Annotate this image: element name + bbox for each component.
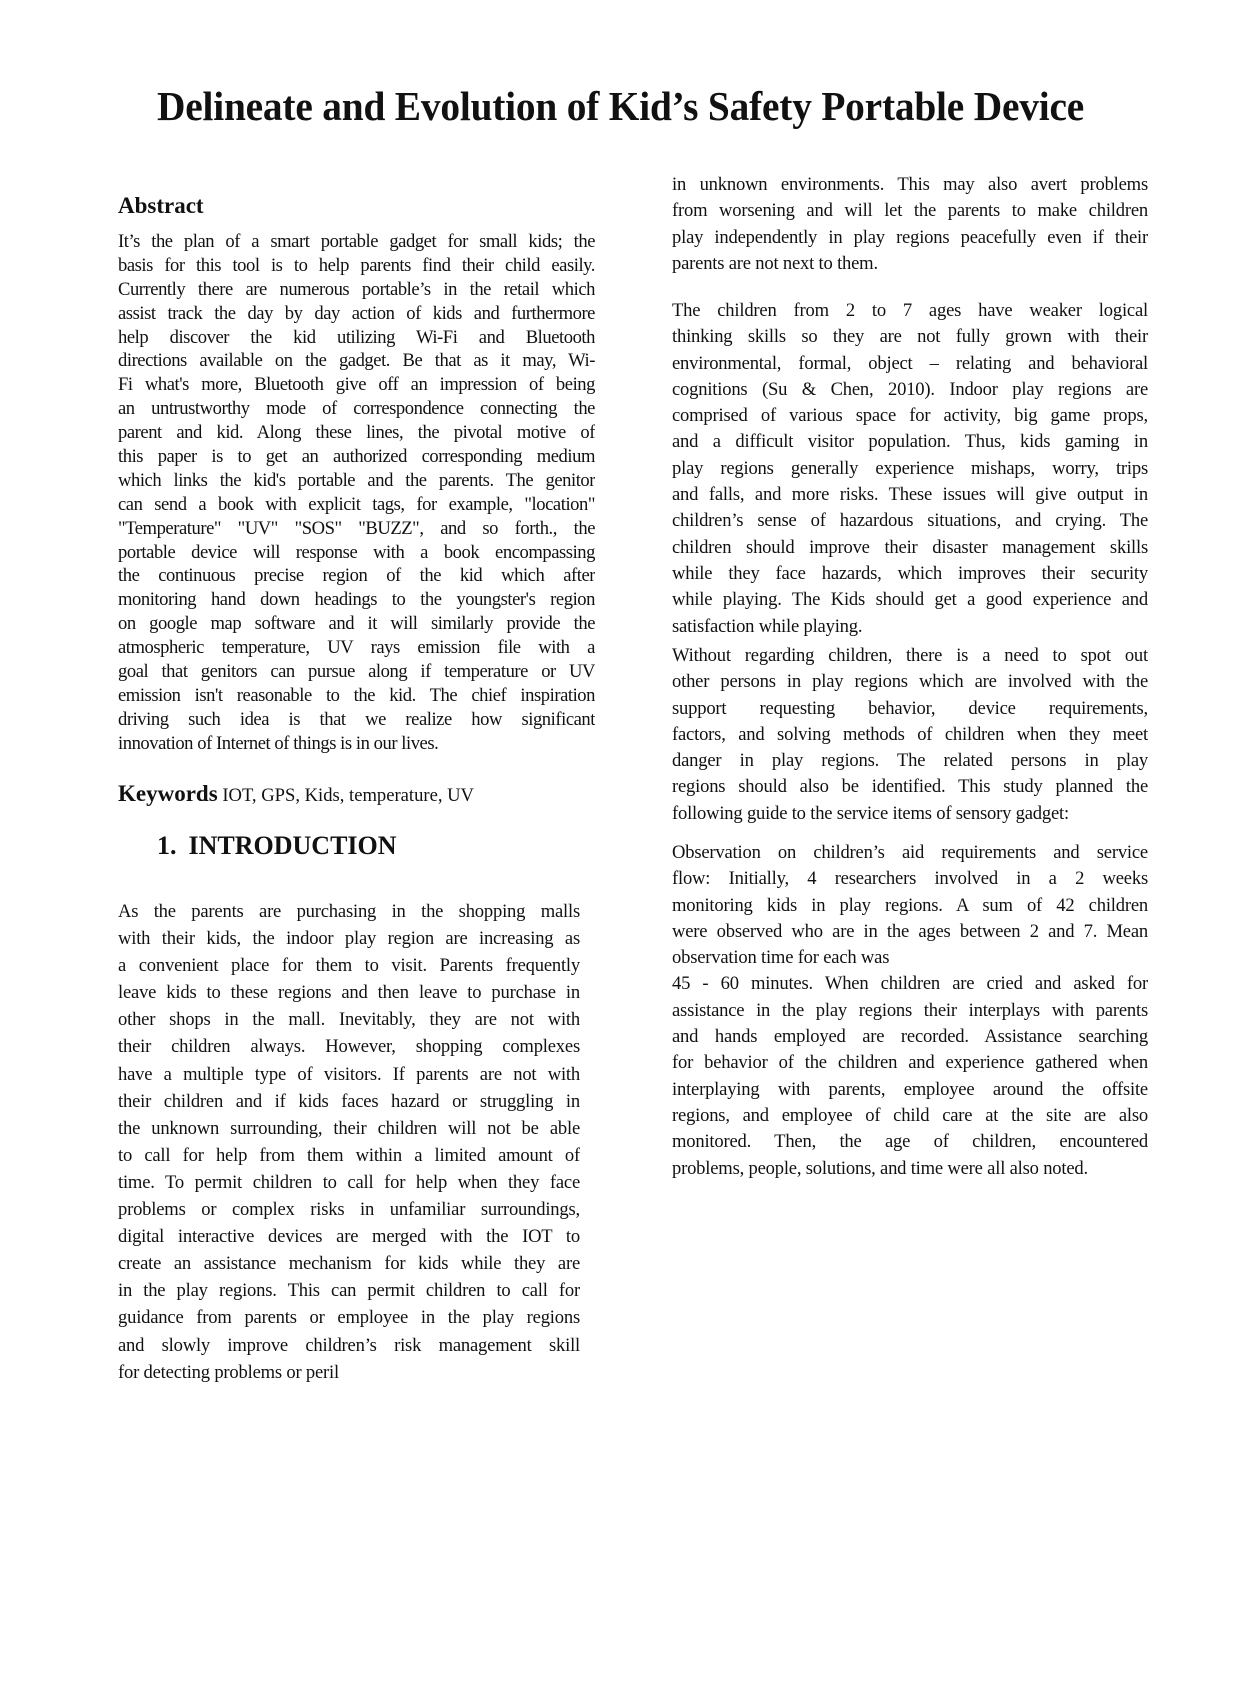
text-line: environmental, formal, object – relating…	[672, 351, 1148, 377]
keywords-line: Keywords IOT, GPS, Kids, temperature, UV	[118, 780, 474, 810]
text-line: the unknown surrounding, their children …	[118, 1115, 580, 1142]
text-line: time. To permit children to call for hel…	[118, 1169, 580, 1196]
text-line: observation time for each was	[672, 945, 1148, 971]
text-line: following guide to the service items of …	[672, 801, 1148, 827]
text-line: can send a book with explicit tags, for …	[118, 493, 595, 517]
text-line: driving such idea is that we realize how…	[118, 708, 595, 732]
text-line: Fi what's more, Bluetooth give off an im…	[118, 373, 595, 397]
text-line: 45 - 60 minutes. When children are cried…	[672, 971, 1148, 997]
section-number: 1.	[157, 831, 177, 860]
abstract-heading: Abstract	[118, 192, 204, 220]
text-line: Without regarding children, there is a n…	[672, 643, 1148, 669]
text-line: from worsening and will let the parents …	[672, 198, 1148, 224]
section-heading-introduction: 1.INTRODUCTION	[157, 830, 397, 862]
text-line: play independently in play regions peace…	[672, 225, 1148, 251]
text-line: emission isn't reasonable to the kid. Th…	[118, 684, 595, 708]
text-line: for detecting problems or peril	[118, 1359, 580, 1386]
text-line: monitored. Then, the age of children, en…	[672, 1129, 1148, 1155]
text-line: satisfaction while playing.	[672, 614, 1148, 640]
text-line: goal that genitors can pursue along if t…	[118, 660, 595, 684]
text-line: while playing. The Kids should get a goo…	[672, 587, 1148, 613]
keywords-label: Keywords	[118, 781, 218, 806]
text-line: an untrustworthy mode of correspondence …	[118, 397, 595, 421]
introduction-left-column: As the parents are purchasing in the sho…	[118, 898, 580, 1386]
text-line: and slowly improve children’s risk manag…	[118, 1332, 580, 1359]
text-line: problems, people, solutions, and time we…	[672, 1156, 1148, 1182]
text-line: It’s the plan of a smart portable gadget…	[118, 230, 595, 254]
text-line: other persons in play regions which are …	[672, 669, 1148, 695]
text-line: were observed who are in the ages betwee…	[672, 919, 1148, 945]
text-line: leave kids to these regions and then lea…	[118, 979, 580, 1006]
text-line: factors, and solving methods of children…	[672, 722, 1148, 748]
abstract-body: It’s the plan of a smart portable gadget…	[118, 230, 595, 756]
text-line: children should improve their disaster m…	[672, 535, 1148, 561]
text-line: for behavior of the children and experie…	[672, 1050, 1148, 1076]
text-line: on google map software and it will simil…	[118, 612, 595, 636]
text-line: flow: Initially, 4 researchers involved …	[672, 866, 1148, 892]
text-line: in unknown environments. This may also a…	[672, 172, 1148, 198]
text-line: regions, and employee of child care at t…	[672, 1103, 1148, 1129]
text-line: problems or complex risks in unfamiliar …	[118, 1196, 580, 1223]
text-line: play regions generally experience mishap…	[672, 456, 1148, 482]
text-line: As the parents are purchasing in the sho…	[118, 898, 580, 925]
text-line: while they face hazards, which improves …	[672, 561, 1148, 587]
text-line: assist track the day by day action of ki…	[118, 302, 595, 326]
text-line: the continuous precise region of the kid…	[118, 564, 595, 588]
text-line: a convenient place for them to visit. Pa…	[118, 952, 580, 979]
text-line: this paper is to get an authorized corre…	[118, 445, 595, 469]
text-line: in the play regions. This can permit chi…	[118, 1277, 580, 1304]
text-line: help discover the kid utilizing Wi-Fi an…	[118, 326, 595, 350]
text-line: to call for help from them within a limi…	[118, 1142, 580, 1169]
right-paragraph-2: The children from 2 to 7 ages have weake…	[672, 298, 1148, 640]
text-line: Currently there are numerous portable’s …	[118, 278, 595, 302]
text-line: basis for this tool is to help parents f…	[118, 254, 595, 278]
text-line: regions should also be identified. This …	[672, 774, 1148, 800]
text-line: their children and if kids faces hazard …	[118, 1088, 580, 1115]
text-line: parent and kid. Along these lines, the p…	[118, 421, 595, 445]
text-line: monitoring kids in play regions. A sum o…	[672, 893, 1148, 919]
text-line: innovation of Internet of things is in o…	[118, 732, 595, 756]
text-line: assistance in the play regions their int…	[672, 998, 1148, 1024]
text-line: directions available on the gadget. Be t…	[118, 349, 595, 373]
text-line: interplaying with parents, employee arou…	[672, 1077, 1148, 1103]
paper-title: Delineate and Evolution of Kid’s Safety …	[25, 82, 1216, 130]
text-line: atmospheric temperature, UV rays emissio…	[118, 636, 595, 660]
text-line: "Temperature" "UV" "SOS" "BUZZ", and so …	[118, 517, 595, 541]
text-line: portable device will response with a boo…	[118, 541, 595, 565]
right-paragraph-4: Observation on children’s aid requiremen…	[672, 840, 1148, 1182]
text-line: guidance from parents or employee in the…	[118, 1304, 580, 1331]
section-title: INTRODUCTION	[189, 831, 397, 860]
keywords-values: IOT, GPS, Kids, temperature, UV	[218, 785, 474, 806]
text-line: cognitions (Su & Chen, 2010). Indoor pla…	[672, 377, 1148, 403]
text-line: with their kids, the indoor play region …	[118, 925, 580, 952]
text-line: The children from 2 to 7 ages have weake…	[672, 298, 1148, 324]
text-line: which links the kid's portable and the p…	[118, 469, 595, 493]
text-line: have a multiple type of visitors. If par…	[118, 1061, 580, 1088]
text-line: create an assistance mechanism for kids …	[118, 1250, 580, 1277]
text-line: other shops in the mall. Inevitably, the…	[118, 1006, 580, 1033]
text-line: digital interactive devices are merged w…	[118, 1223, 580, 1250]
text-line: support requesting behavior, device requ…	[672, 696, 1148, 722]
text-line: and falls, and more risks. These issues …	[672, 482, 1148, 508]
text-line: thinking skills so they are not fully gr…	[672, 324, 1148, 350]
text-line: children’s sense of hazardous situations…	[672, 508, 1148, 534]
text-line: Observation on children’s aid requiremen…	[672, 840, 1148, 866]
right-paragraph-1: in unknown environments. This may also a…	[672, 172, 1148, 277]
text-line: and a difficult visitor population. Thus…	[672, 429, 1148, 455]
text-line: their children always. However, shopping…	[118, 1033, 580, 1060]
text-line: parents are not next to them.	[672, 251, 1148, 277]
text-line: danger in play regions. The related pers…	[672, 748, 1148, 774]
text-line: comprised of various space for activity,…	[672, 403, 1148, 429]
right-paragraph-3: Without regarding children, there is a n…	[672, 643, 1148, 827]
text-line: monitoring hand down headings to the you…	[118, 588, 595, 612]
text-line: and hands employed are recorded. Assista…	[672, 1024, 1148, 1050]
